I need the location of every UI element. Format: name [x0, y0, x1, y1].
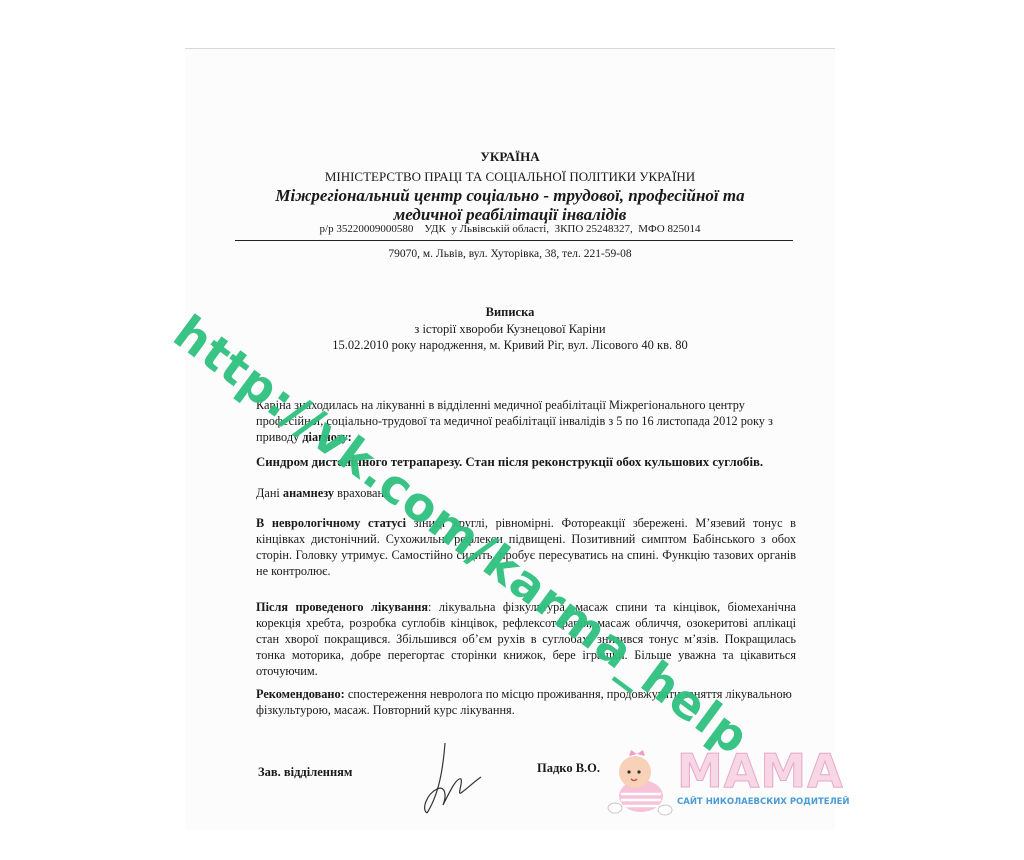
signature-label: Зав. відділенням: [258, 765, 352, 780]
institution-address: 79070, м. Львів, вул. Хуторівка, 38, тел…: [185, 248, 835, 260]
logo-tagline: САЙТ НИКОЛАЕВСКИХ РОДИТЕЛЕЙ: [677, 797, 850, 807]
baby-doll-icon: [601, 748, 681, 820]
recommendation-bold: Рекомендовано:: [256, 687, 345, 701]
signatory-name: Падко В.О.: [537, 761, 600, 776]
anamnesis-pre: Дані: [256, 486, 283, 500]
center-name: Міжрегіональний центр соціально - трудов…: [185, 186, 835, 224]
anamnesis-paragraph: Дані анамнезу враховані.: [256, 485, 796, 501]
bank-details: р/р 35220009000580 УДК у Львівській обла…: [185, 223, 835, 235]
country-heading: УКРАЇНА: [185, 149, 835, 165]
document-title: Виписка: [185, 305, 835, 320]
ministry-heading: МІНІСТЕРСТВО ПРАЦІ ТА СОЦІАЛЬНОЇ ПОЛІТИК…: [185, 169, 835, 185]
header-divider: [235, 240, 793, 241]
logo-word: МАМА: [677, 744, 844, 798]
neuro-status-bold: В неврологічному статусі: [256, 516, 406, 530]
document-subtitle: з історії хвороби Кузнецової Каріни: [185, 322, 835, 337]
handwritten-signature-icon: [417, 739, 487, 819]
patient-birth-info: 15.02.2010 року народження, м. Кривий Рі…: [185, 338, 835, 353]
anamnesis-bold: анамнезу: [283, 486, 334, 500]
after-treatment-bold: Після проведеного лікування: [256, 600, 428, 614]
